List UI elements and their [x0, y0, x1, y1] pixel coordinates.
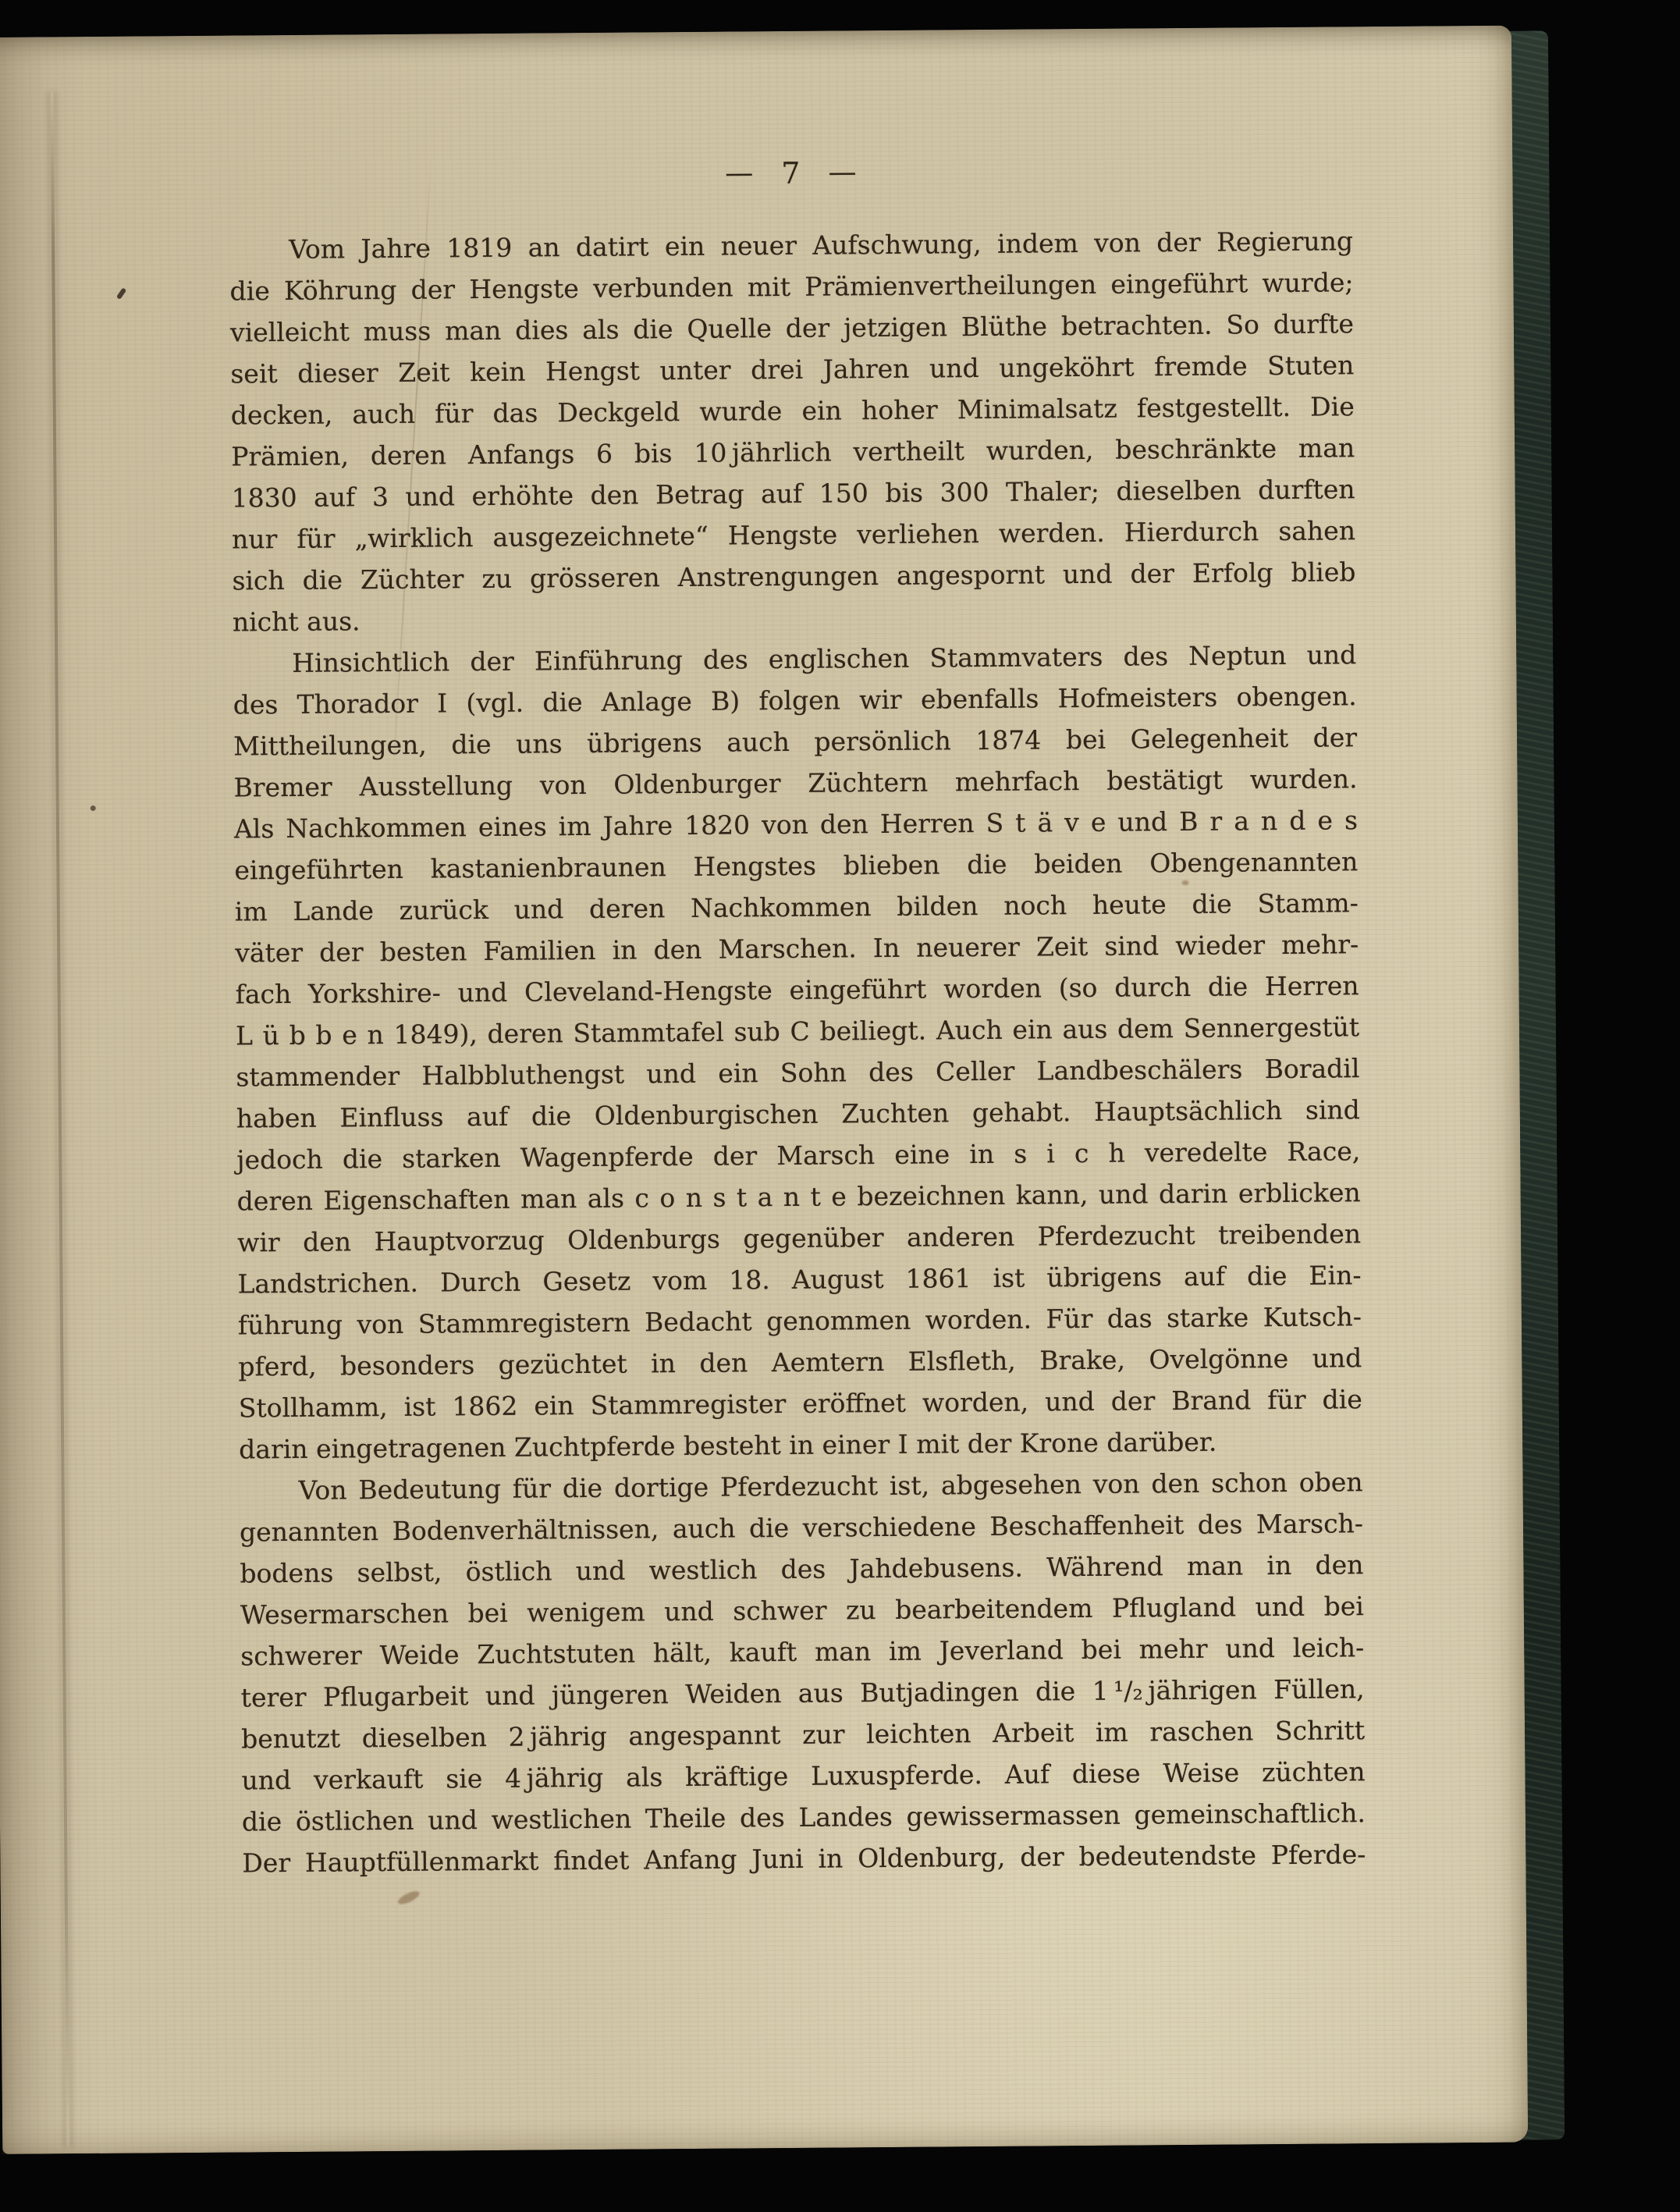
header-dash-left: — [725, 157, 753, 189]
text-line: sich die Züchter zu grösseren Anstrengun… [232, 551, 1355, 601]
book-scan: — 7 — Vom Jahre 1819 an datirt ein neuer… [0, 0, 1680, 2212]
paper-speck [396, 1889, 421, 1907]
paper-speck [91, 805, 96, 811]
header-dash-right: — [828, 156, 856, 188]
page-text: Vom Jahre 1819 an datirt ein neuer Aufsc… [229, 220, 1366, 1883]
paper-speck [116, 287, 126, 300]
page-header: — 7 — [229, 148, 1352, 197]
page-gutter-shadow [0, 37, 135, 2154]
binding-crease [51, 91, 70, 2147]
text-line: Der Hauptfüllenmarkt findet Anfang Juni … [242, 1833, 1366, 1883]
book-page: — 7 — Vom Jahre 1819 an datirt ein neuer… [0, 26, 1528, 2154]
page-number: 7 [781, 155, 801, 190]
